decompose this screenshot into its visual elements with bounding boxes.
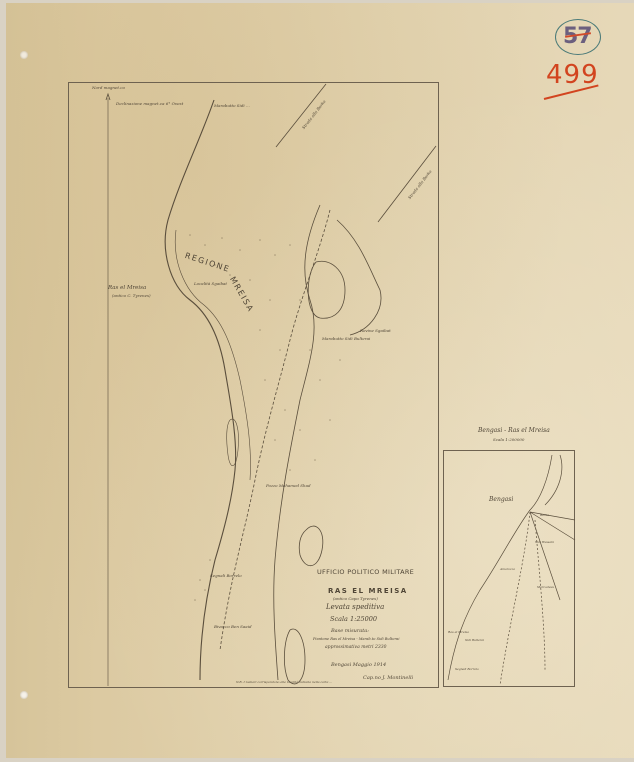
base-heading: Base misurata: (331, 628, 369, 634)
compass-label: Nord magnet.co (92, 85, 125, 90)
ruins-label: Rovine Sgaibat (360, 328, 391, 333)
map-subtitle: (antico Capo Tyrenes) (333, 596, 378, 601)
pozzo-label: Pozzo Mohamed Shad (266, 483, 311, 488)
declination-label: Declinazione magnet.ca 6° Ovest (116, 101, 183, 106)
survey-type: Levata speditiva (326, 603, 384, 611)
footnote: N.B. I numeri corrispondono alle localit… (236, 680, 332, 684)
cape-name: Ras el Mreisa (108, 285, 146, 291)
signature: Cap.no J. Montinelli (363, 675, 413, 681)
cape-subtitle: (antico C. Tyrenes) (112, 293, 151, 298)
inset-label-ras-el-mreisa: Ras el Mreisa (448, 630, 469, 634)
map-title: RAS EL MREISA (328, 587, 408, 595)
inset-label-sidi-hussein: Sidi Hussein (535, 540, 554, 544)
inset-title: Bengasi - Ras el Mreisa (478, 427, 550, 434)
place-date: Bengasi Maggio 1914 (331, 662, 386, 668)
inset-label-sidi-bulterai: Sidi Bulterai (465, 638, 484, 642)
base-line: Piantone Ras el Mreisa - Marab.to Sidi B… (313, 637, 399, 641)
inset-label-marcodeus: Marcodeus (537, 585, 554, 589)
inset-label-berka: Berka (540, 513, 549, 517)
top-marker-label: Marabutto Sidi ... (214, 103, 250, 108)
office-label: UFFICIO POLITICO MILITARE (317, 568, 414, 576)
lower-marker-label: Bivacco Ben Saaid (214, 624, 252, 629)
capanne-label: Località Sgaibat (194, 281, 227, 286)
base-length: approssimativa metri 2330 (325, 645, 386, 650)
marabutto-label: Marabutto Sidi Bulterai (322, 336, 370, 341)
inset-label-segnali: Segnali Borrelo (455, 667, 479, 671)
inset-scale: Scala 1:200000 (493, 437, 524, 442)
map-scale: Scala 1:25000 (330, 615, 377, 623)
inset-city-label: Bengasi (489, 496, 513, 503)
inset-label-amarozza: Amarozza (500, 567, 515, 571)
lower-settlement-label: Segnali Borrelo (210, 573, 242, 578)
